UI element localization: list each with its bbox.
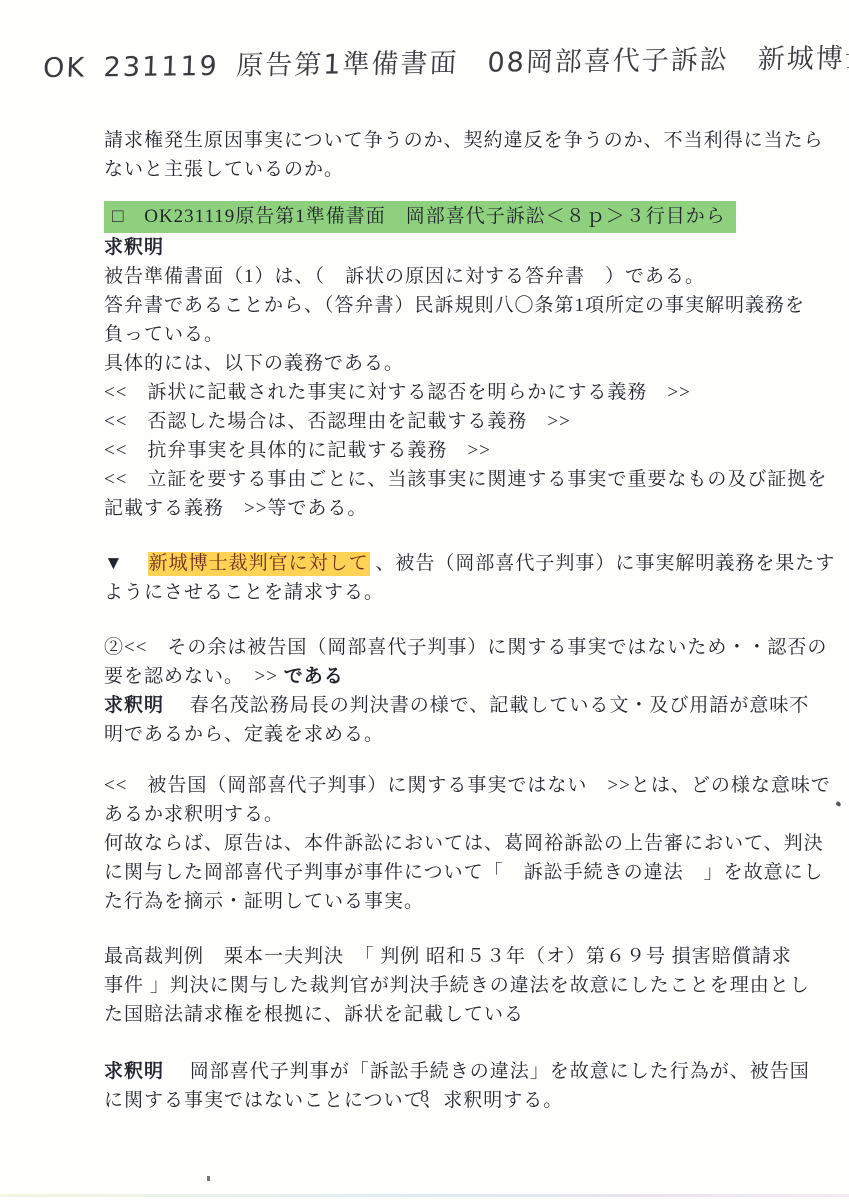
text-line: 被告準備書面（1）は、（ 訴状の原因に対する答弁書 ）である。 [104, 262, 794, 291]
request-line-1: ▼ 新城博士裁判官に対して 、被告（岡部喜代子判事）に事実解明義務を果たす [104, 549, 794, 578]
text-line: 何故ならば、原告は、本件訴訟においては、葛岡裕訴訟の上告審において、判決 [104, 829, 794, 858]
section-4-precedent: 最高裁判例 栗本一夫判決 「 判例 昭和５３年（オ）第６９号 損害賠償請求 事件… [104, 942, 794, 1029]
text-run: 要を認めない。 >> [104, 666, 278, 687]
bold-run: である [284, 666, 344, 687]
text-line: 求釈明 春名茂訟務局長の判決書の様で、記載している文・及び用語が意味不 [104, 691, 794, 720]
text-line: ようにさせることを請求する。 [104, 578, 794, 607]
yellow-highlight-text: 新城博士裁判官に対して [148, 552, 370, 576]
text-line: << 被告国（岡部喜代子判事）に関する事実ではない >>とは、どの様な意味で [104, 771, 794, 800]
request-paragraph: ▼ 新城博士裁判官に対して 、被告（岡部喜代子判事）に事実解明義務を果たす よう… [104, 549, 794, 607]
text-line: た行為を摘示・証明している事実。 [104, 887, 794, 916]
ink-speck [835, 801, 841, 807]
section-3: << 被告国（岡部喜代子判事）に関する事実ではない >>とは、どの様な意味で あ… [104, 771, 794, 916]
text-line: 明であるから、定義を求める。 [104, 720, 794, 749]
text-line: 要を認めない。 >> である [104, 662, 794, 691]
green-highlight-heading: □ OK231119原告第1準備書面 岡部喜代子訴訟＜８ｐ＞３行目から [104, 201, 794, 233]
triangle-marker-icon: ▼ [104, 553, 124, 574]
text-line: た国賠法請求権を根拠に、訴状を記載している [104, 1000, 794, 1029]
text-line: 負っている。 [104, 320, 794, 349]
text-line: ②<< その余は被告国（岡部喜代子判事）に関する事実ではないため・・認否の [104, 633, 794, 662]
text-line: 具体的には、以下の義務である。 [104, 349, 794, 378]
intro-paragraph: 請求権発生原因事実について争うのか、契約違反を争うのか、不当利得に当たら ないと… [104, 126, 794, 184]
duty-item: 記載する義務 >>等である。 [104, 494, 794, 523]
green-heading-text: OK231119原告第1準備書面 岡部喜代子訴訟＜８ｐ＞３行目から [144, 206, 726, 227]
text-line: あるか求釈明する。 [104, 800, 794, 829]
page-number: 8 [0, 1086, 849, 1107]
text-line: 求釈明 岡部喜代子判事が「訴訟手続きの違法」を故意にした行為が、被告国 [104, 1057, 794, 1086]
text-line: 事件 」判決に関与した裁判官が判決手続きの違法を故意にしたことを理由とし [104, 971, 794, 1000]
text-line: 答弁書であることから、（答弁書）民訴規則八〇条第1項所定の事実解明義務を [104, 291, 794, 320]
green-highlight-bar: □ OK231119原告第1準備書面 岡部喜代子訴訟＜８ｐ＞３行目から [104, 201, 736, 233]
text-run: 春名茂訟務局長の判決書の様で、記載している文・及び用語が意味不 [170, 695, 810, 716]
text-line: ないと主張しているのか。 [104, 155, 794, 184]
duty-item: << 訴状に記載された事実に対する認否を明らかにする義務 >> [104, 378, 794, 407]
kyushakumei-heading: 求釈明 [104, 695, 164, 716]
document-body: 請求権発生原因事実について争うのか、契約違反を争うのか、不当利得に当たら ないと… [104, 126, 794, 1115]
section-2: ②<< その余は被告国（岡部喜代子判事）に関する事実ではないため・・認否の 要を… [104, 633, 794, 749]
duty-item: << 否認した場合は、否認理由を記載する義務 >> [104, 407, 794, 436]
ink-speck [207, 1176, 210, 1181]
duty-item: << 抗弁事実を具体的に記載する義務 >> [104, 436, 794, 465]
section-1: 求釈明 被告準備書面（1）は、（ 訴状の原因に対する答弁書 ）である。 答弁書で… [104, 233, 794, 523]
text-line: 請求権発生原因事実について争うのか、契約違反を争うのか、不当利得に当たら [104, 126, 794, 155]
kyushakumei-heading: 求釈明 [104, 1061, 164, 1082]
checkbox-icon: □ [112, 206, 124, 227]
text-line: に関与した岡部喜代子判事が事件について「 訴訟手続きの違法 」を故意にし [104, 858, 794, 887]
text-line: 最高裁判例 栗本一夫判決 「 判例 昭和５３年（オ）第６９号 損害賠償請求 [104, 942, 794, 971]
scanned-document-page: OK 231119 原告第1準備書面 08岡部喜代子訴訟 新城博士裁判官 請求権… [0, 0, 849, 1200]
text-run: 、被告（岡部喜代子判事）に事実解明義務を果たす [375, 553, 835, 574]
scan-edge-artifact [0, 1194, 849, 1197]
duty-item: << 立証を要する事由ごとに、当該事実に関連する事実で重要なもの及び証拠を [104, 465, 794, 494]
kyushakumei-heading: 求釈明 [104, 233, 794, 262]
text-run: 岡部喜代子判事が「訴訟手続きの違法」を故意にした行為が、被告国 [170, 1061, 810, 1082]
handwritten-annotation: OK 231119 原告第1準備書面 08岡部喜代子訴訟 新城博士裁判官 [42, 35, 849, 85]
